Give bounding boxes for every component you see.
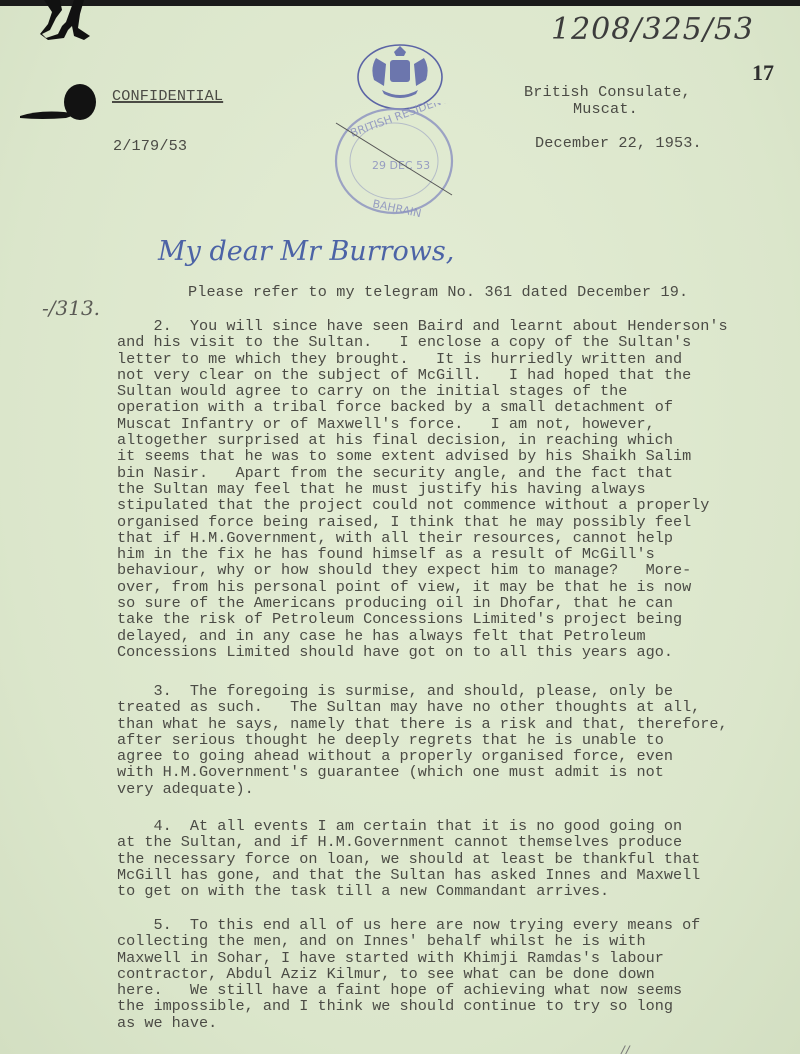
paragraph-line: after serious thought he deeply regrets … bbox=[117, 732, 728, 748]
paragraph-line: 3. The foregoing is surmise, and should,… bbox=[117, 683, 728, 699]
paragraph-line: that if H.M.Government, with all their r… bbox=[117, 530, 728, 546]
margin-note-handwritten: -/313. bbox=[42, 296, 100, 320]
paragraph-line: and his visit to the Sultan. I enclose a… bbox=[117, 334, 728, 350]
trailing-mark: // bbox=[620, 1044, 629, 1054]
paragraph-line: 5. To this end all of us here are now tr… bbox=[117, 917, 700, 933]
paragraph-line: 4. At all events I am certain that it is… bbox=[117, 818, 700, 834]
paragraph-line: than what he says, namely that there is … bbox=[117, 716, 728, 732]
classification-label: CONFIDENTIAL bbox=[112, 88, 223, 104]
paragraph-line: over, from his personal point of view, i… bbox=[117, 579, 728, 595]
page-number: 17 bbox=[752, 60, 774, 86]
sender-line-2: Muscat. bbox=[573, 101, 638, 117]
salutation-handwritten: My dear Mr Burrows, bbox=[158, 236, 454, 267]
svg-text:BRITISH RESIDENCY: BRITISH RESIDENCY bbox=[349, 103, 457, 140]
paragraph-5: 5. To this end all of us here are now tr… bbox=[117, 917, 700, 1031]
paragraph-line: bin Nasir. Apart from the security angle… bbox=[117, 465, 728, 481]
paragraph-line: at the Sultan, and if H.M.Government can… bbox=[117, 834, 700, 850]
paragraph-2: 2. You will since have seen Baird and le… bbox=[117, 318, 728, 660]
sender-line-1: British Consulate, bbox=[524, 84, 691, 100]
svg-text:BAHRAIN: BAHRAIN bbox=[371, 197, 422, 217]
paragraph-line: here. We still have a faint hope of achi… bbox=[117, 982, 700, 998]
royal-crest-icon bbox=[356, 42, 446, 112]
paragraph-line: the necessary force on loan, we should a… bbox=[117, 851, 700, 867]
paragraph-3: 3. The foregoing is surmise, and should,… bbox=[117, 683, 728, 797]
paragraph-line: take the risk of Petroleum Concessions L… bbox=[117, 611, 728, 627]
paragraph-line: letter to me which they brought. It is h… bbox=[117, 351, 728, 367]
paragraph-line: organised force being raised, I think th… bbox=[117, 514, 728, 530]
paragraph-line: contractor, Abdul Aziz Kilmur, to see wh… bbox=[117, 966, 700, 982]
paragraph-line: Muscat Infantry or of Maxwell's force. I… bbox=[117, 416, 728, 432]
paragraph-line: to get on with the task till a new Comma… bbox=[117, 883, 700, 899]
svg-text:29 DEC 53: 29 DEC 53 bbox=[372, 159, 430, 172]
document-page: CONFIDENTIAL 2/179/53 BRITISH RESIDENCY … bbox=[0, 0, 800, 1054]
punch-hole-icon bbox=[18, 82, 98, 122]
paragraph-line: collecting the men, and on Innes' behalf… bbox=[117, 933, 700, 949]
paragraph-line: not very clear on the subject of McGill.… bbox=[117, 367, 728, 383]
paragraph-line: operation with a tribal force backed by … bbox=[117, 399, 728, 415]
paragraph-line: Sultan would agree to carry on the initi… bbox=[117, 383, 728, 399]
paragraph-line: Concessions Limited should have got on t… bbox=[117, 644, 728, 660]
paragraph-line: McGill has gone, and that the Sultan has… bbox=[117, 867, 700, 883]
paragraph-line: 2. You will since have seen Baird and le… bbox=[117, 318, 728, 334]
paragraph-line: so sure of the Americans producing oil i… bbox=[117, 595, 728, 611]
paragraph-line: him in the fix he has found himself as a… bbox=[117, 546, 728, 562]
paragraph-line: stipulated that the project could not co… bbox=[117, 497, 728, 513]
paragraph-4: 4. At all events I am certain that it is… bbox=[117, 818, 700, 899]
paragraph-line: the impossible, and I think we should co… bbox=[117, 998, 700, 1014]
opening-line: Please refer to my telegram No. 361 date… bbox=[188, 284, 688, 300]
paragraph-line: it seems that he was to some extent advi… bbox=[117, 448, 728, 464]
ink-blot-icon bbox=[40, 0, 92, 40]
paragraph-line: behaviour, why or how should they expect… bbox=[117, 562, 728, 578]
paragraph-line: very adequate). bbox=[117, 781, 728, 797]
paragraph-line: as we have. bbox=[117, 1015, 700, 1031]
paragraph-line: the Sultan may feel that he must justify… bbox=[117, 481, 728, 497]
reference-number: 2/179/53 bbox=[113, 138, 187, 154]
file-number-handwritten: 1208/325/53 bbox=[551, 12, 754, 47]
paragraph-line: agree to going ahead without a properly … bbox=[117, 748, 728, 764]
paragraph-line: treated as such. The Sultan may have no … bbox=[117, 699, 728, 715]
scan-edge bbox=[0, 0, 800, 6]
letter-date: December 22, 1953. bbox=[535, 135, 702, 151]
received-stamp-icon: BRITISH RESIDENCY 29 DEC 53 BAHRAIN bbox=[332, 103, 458, 217]
paragraph-line: delayed, and in any case he has always f… bbox=[117, 628, 728, 644]
paragraph-line: altogether surprised at his final decisi… bbox=[117, 432, 728, 448]
paragraph-line: with H.M.Government's guarantee (which o… bbox=[117, 764, 728, 780]
paragraph-line: Maxwell in Sohar, I have started with Kh… bbox=[117, 950, 700, 966]
